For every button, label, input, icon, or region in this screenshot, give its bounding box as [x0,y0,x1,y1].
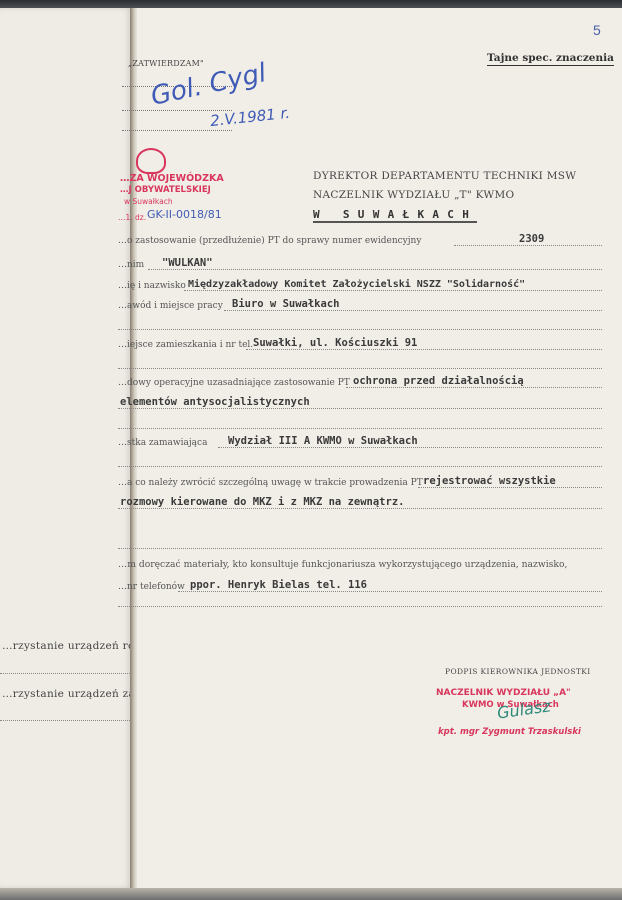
addressee-line1: DYREKTOR DEPARTAMENTU TECHNIKI MSW [313,170,576,182]
dotted-line [118,428,602,429]
dotted-line [118,466,602,467]
form-row-case-number: …o zastosowanie (przedłużenie) PT do spr… [118,232,602,248]
form-row-ordering-unit: …stka zamawiająca Wydział III A KWMO w S… [118,434,602,450]
field-label: …iejsce zamieszkania i nr tel. [118,340,253,350]
field-value: 2309 [519,233,544,245]
field-label: …a co należy zwrócić szczególną uwagę w … [118,478,423,488]
form-row-attention: …a co należy zwrócić szczególną uwagę w … [118,474,602,490]
field-value: ochrona przed działalnością [353,375,524,387]
dotted-line [118,368,602,369]
field-label: …awód i miejsce pracy [118,301,223,311]
eagle-emblem-icon [136,148,166,174]
signature-stamp-title: NACZELNIK WYDZIAŁU „A" [436,688,571,698]
dotted-line [454,245,602,246]
field-label: …stka zamawiająca [118,438,207,448]
form-row-name: …ię i nazwisko Międzyzakładowy Komitet Z… [118,277,602,293]
left-page-dotted-line [0,720,130,721]
dotted-line [346,387,602,388]
classification-label: Tajne spec. znaczenia [487,52,614,66]
dotted-line [246,349,602,350]
field-label: …o zastosowanie (przedłużenie) PT do spr… [118,236,421,246]
approval-label: „ZATWIERDZAM" [128,59,204,68]
field-value: "WULKAN" [162,257,213,269]
field-value: Wydział III A KWMO w Suwałkach [228,435,418,447]
field-value: rejestrować wszystkie [423,475,556,487]
registration-number: GK-II-0018/81 [147,208,222,221]
dotted-line [148,269,602,270]
registration-stamp-line1: …ZA WOJEWÓDZKA [120,173,224,184]
field-label: …nr telefonów [118,582,185,592]
form-row-justification-cont: elementów antysocjalistycznych [118,395,602,411]
field-value: ppor. Henryk Bielas tel. 116 [190,579,367,591]
dotted-line [184,290,602,291]
signature-caption: PODPIS KIEROWNIKA JEDNOSTKI [445,667,591,676]
field-label: …dowy operacyjne uzasadniające zastosowa… [118,378,350,388]
field-value: rozmowy kierowane do MKZ i z MKZ na zewn… [120,496,404,508]
form-row-contact: …nr telefonów ppor. Henryk Bielas tel. 1… [118,578,602,594]
field-value: Suwałki, ul. Kościuszki 91 [253,337,417,349]
binder-bottom-edge [0,888,622,900]
left-page: …rzystanie urządzeń rozpoczę… …rzystanie… [0,8,132,888]
addressee-line2: NACZELNIK WYDZIAŁU „T" KWMO [313,189,514,201]
dotted-line [224,310,602,311]
field-label: …nim [118,260,144,270]
field-value: Biuro w Suwałkach [232,298,339,310]
form-row-justification: …dowy operacyjne uzasadniające zastosowa… [118,374,602,390]
dotted-line [118,548,602,549]
registration-stamp-line2: …J OBYWATELSKIEJ [120,185,211,195]
field-value: Międzyzakładowy Komitet Założycielski NS… [188,279,525,290]
form-row-delivery: …m doręczać materiały, kto konsultuje fu… [118,556,602,572]
field-value: elementów antysocjalistycznych [120,396,310,408]
field-label: …m doręczać materiały, kto konsultuje fu… [118,559,567,570]
form-row-address: …iejsce zamieszkania i nr tel. Suwałki, … [118,336,602,352]
field-label: …ię i nazwisko [118,281,186,291]
dotted-line [118,508,602,509]
addressee-city: W SUWAŁKACH [313,208,477,223]
registration-stamp-line3: w Suwałkach [124,197,173,206]
page-number: 5 [593,22,601,38]
left-page-dotted-line [0,673,130,674]
form-row-attention-cont: rozmowy kierowane do MKZ i z MKZ na zewn… [118,495,602,511]
registration-number-label: …1. dz. [118,213,146,222]
form-row-workplace: …awód i miejsce pracy Biuro w Suwałkach [118,297,602,313]
dotted-line [218,447,602,448]
dotted-line [418,487,602,488]
approval-line [122,130,232,131]
dotted-line [118,606,602,607]
form-row-codename: …nim "WULKAN" [118,256,602,272]
signature-stamp-name: kpt. mgr Zygmunt Trzaskulski [438,727,581,737]
dotted-line [118,329,602,330]
dotted-line [118,408,602,409]
dotted-line [178,591,602,592]
